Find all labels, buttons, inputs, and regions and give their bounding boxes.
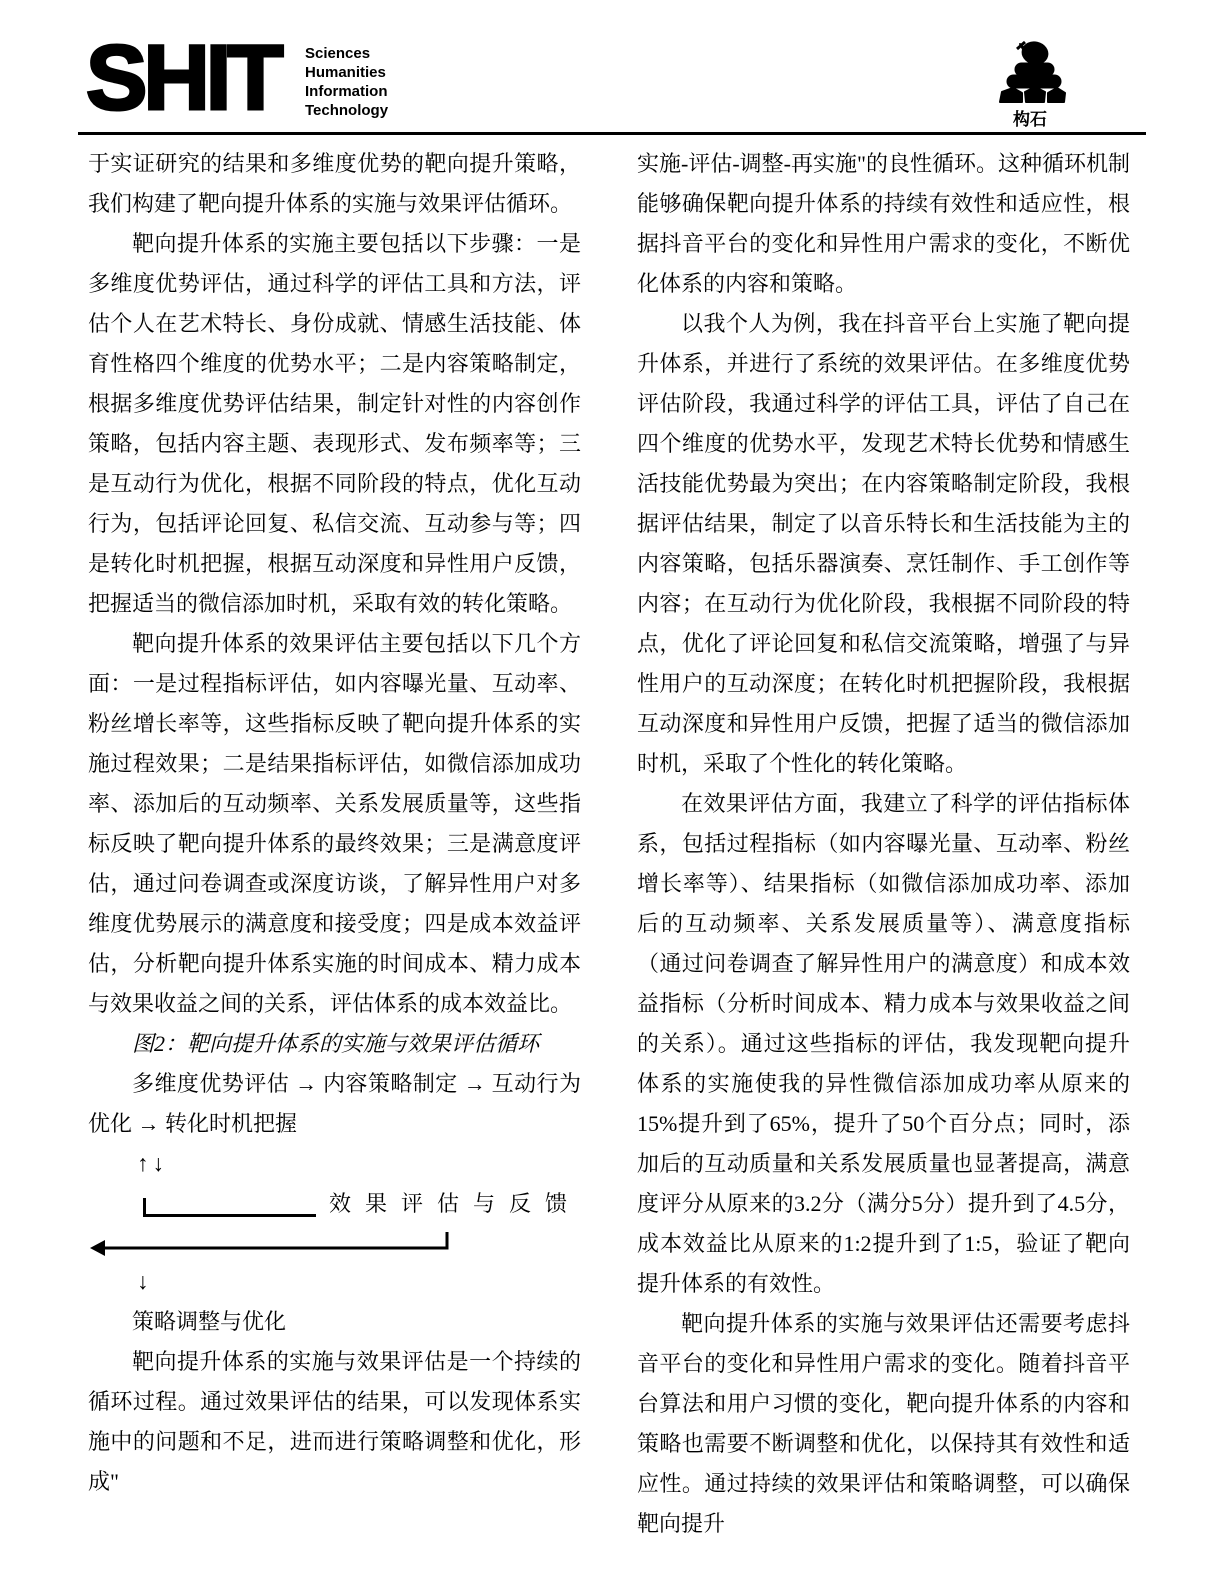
feedback-label: 效果评估与反馈 [329, 1184, 581, 1224]
tagline-line: Technology [305, 101, 388, 120]
tagline-line: Sciences [305, 44, 388, 63]
rock-pile-icon [992, 40, 1068, 104]
paragraph: 以我个人为例，我在抖音平台上实施了靶向提升体系，并进行了系统的效果评估。在多维度… [637, 304, 1130, 784]
down-arrow: ↓ [88, 1262, 581, 1302]
paragraph: 靶向提升体系的实施与效果评估还需要考虑抖音平台的变化和异性用户需求的变化。随着抖… [637, 1304, 1130, 1544]
feedback-connector-row: 效果评估与反馈 [88, 1184, 581, 1224]
tagline-line: Information [305, 82, 388, 101]
journal-logo-text: SHIT [86, 36, 280, 120]
journal-tagline: Sciences Humanities Information Technolo… [305, 44, 388, 120]
left-column: 于实证研究的结果和多维度优势的靶向提升策略，我们构建了靶向提升体系的实施与效果评… [88, 144, 581, 1544]
paragraph: 靶向提升体系的实施主要包括以下步骤：一是多维度优势评估，通过科学的评估工具和方法… [88, 224, 581, 624]
figure-caption: 图2：靶向提升体系的实施与效果评估循环 [88, 1024, 581, 1064]
return-arrow-icon [90, 1229, 450, 1257]
org-name: 构石 [980, 110, 1080, 130]
paragraph: 策略调整与优化 [88, 1302, 581, 1342]
paragraph: 实施-评估-调整-再实施"的良性循环。这种循环机制能够确保靶向提升体系的持续有效… [637, 144, 1130, 304]
feedback-connector-line [143, 1198, 316, 1217]
article-body: 于实证研究的结果和多维度优势的靶向提升策略，我们构建了靶向提升体系的实施与效果评… [88, 144, 1130, 1544]
header-divider [78, 132, 1146, 135]
return-arrow-row [88, 1224, 581, 1262]
paragraph: 于实证研究的结果和多维度优势的靶向提升策略，我们构建了靶向提升体系的实施与效果评… [88, 144, 581, 224]
document-page: SHIT Sciences Humanities Information Tec… [0, 0, 1224, 1584]
updown-arrow: ↑↓ [88, 1144, 581, 1184]
paragraph: 靶向提升体系的实施与效果评估是一个持续的循环过程。通过效果评估的结果，可以发现体… [88, 1342, 581, 1502]
tagline-line: Humanities [305, 63, 388, 82]
paragraph: 多维度优势评估 → 内容策略制定 → 互动行为优化 → 转化时机把握 [88, 1064, 581, 1144]
paragraph: 在效果评估方面，我建立了科学的评估指标体系，包括过程指标（如内容曝光量、互动率、… [637, 784, 1130, 1304]
paragraph: 靶向提升体系的效果评估主要包括以下几个方面：一是过程指标评估，如内容曝光量、互动… [88, 624, 581, 1024]
org-logo: 构石 [980, 40, 1080, 130]
right-column: 实施-评估-调整-再实施"的良性循环。这种循环机制能够确保靶向提升体系的持续有效… [637, 144, 1130, 1544]
